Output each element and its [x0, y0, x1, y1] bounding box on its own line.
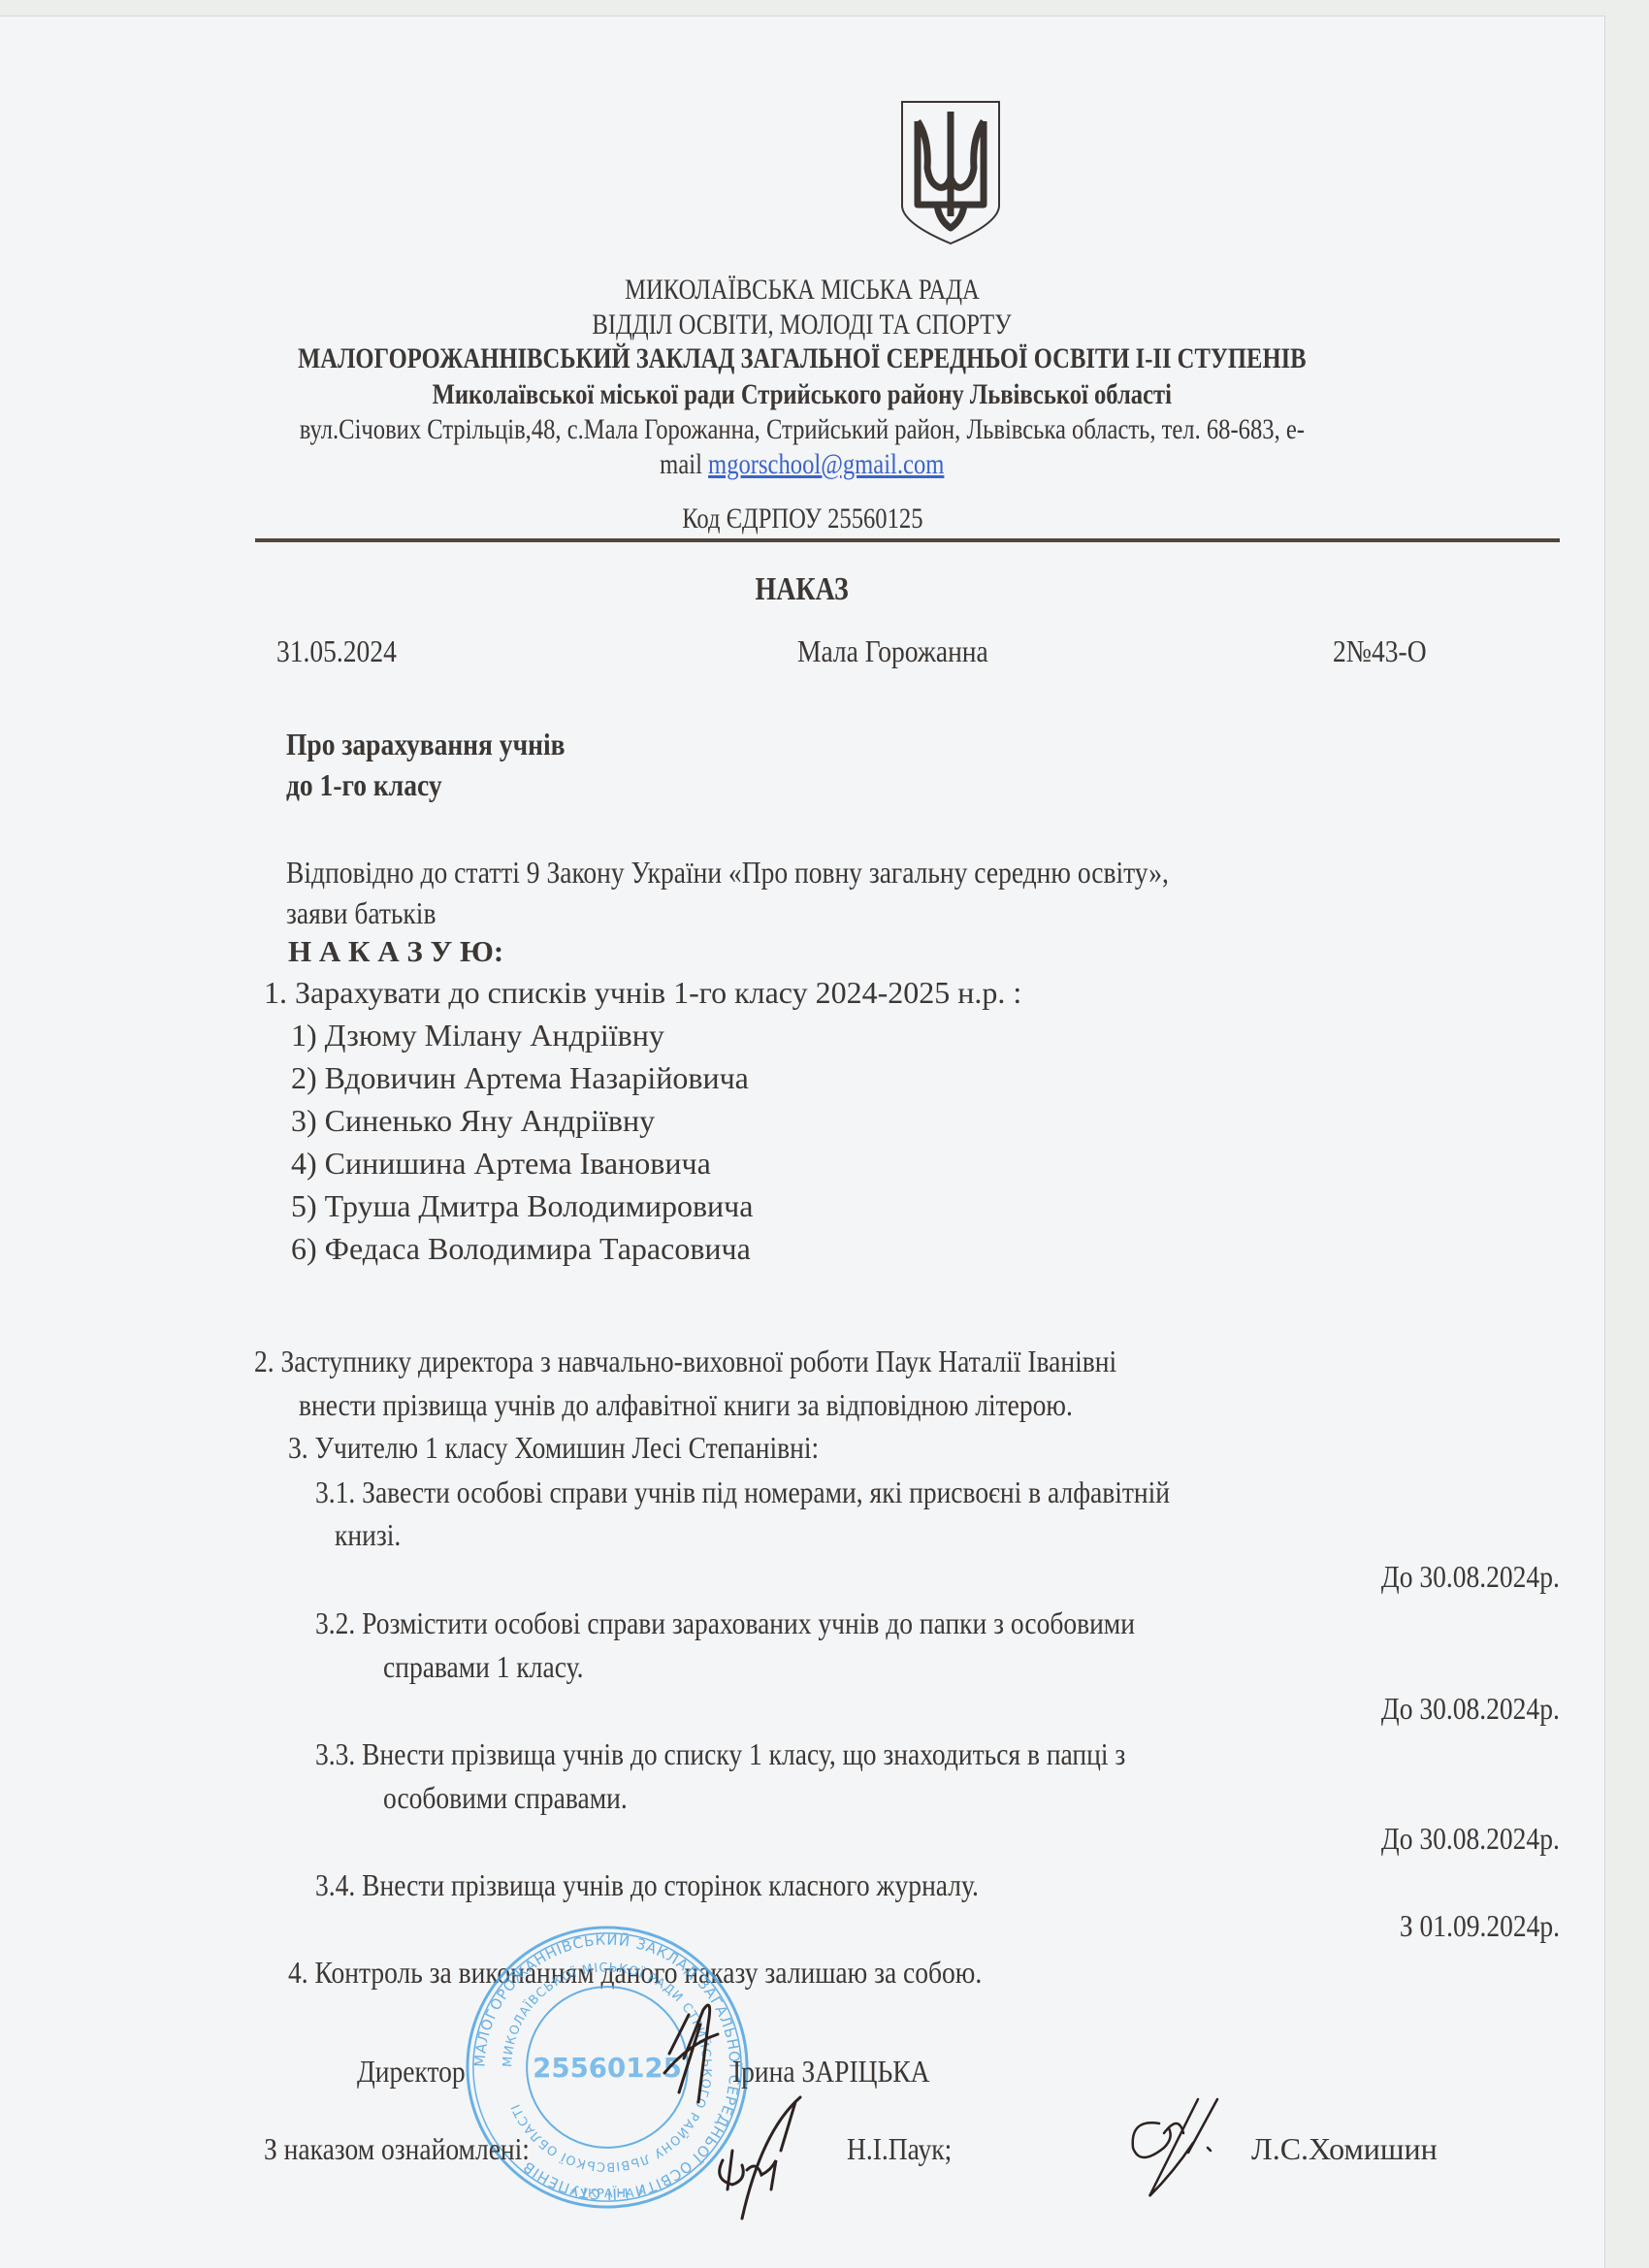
order-word: Н А К А З У Ю:	[288, 932, 503, 971]
student-list-item: 1) Дзюму Мілану Андріївну	[291, 1016, 664, 1054]
acknowledged-label: З наказом ознайомлені:	[264, 2129, 573, 2168]
header-address: вул.Січових Стрільців,48, с.Мала Горожан…	[0, 412, 1604, 447]
email-link[interactable]: mgorschool@gmail.com	[708, 448, 944, 480]
paulk-signature-icon	[703, 2092, 810, 2228]
item3-2-deadline: До 30.08.2024р.	[1352, 1691, 1560, 1727]
header-line-city-council: МИКОЛАЇВСЬКА МІСЬКА РАДА	[0, 273, 1604, 308]
student-list-item: 3) Синенько Яну Андріївну	[291, 1101, 655, 1140]
header-line-school-name: МАЛОГОРОЖАННІВСЬКИЙ ЗАКЛАД ЗАГАЛЬНОЇ СЕР…	[0, 341, 1604, 376]
preamble-line2: заяви батьків	[286, 893, 461, 932]
document-page: МИКОЛАЇВСЬКА МІСЬКА РАДА ВІДДІЛ ОСВІТИ, …	[0, 16, 1605, 2268]
item3-2-line1: 3.2. Розмістити особові справи зарахован…	[315, 1604, 1269, 1642]
header-divider	[255, 538, 1560, 542]
director-label: Директор	[357, 2052, 483, 2090]
item3-text: 3. Учителю 1 класу Хомишин Лесі Степанів…	[288, 1428, 905, 1467]
student-list-item: 6) Федаса Володимира Тарасовича	[291, 1229, 751, 1268]
svg-text:* УКРАЇНА *: * УКРАЇНА *	[570, 2186, 645, 2201]
document-subject-line2: до 1-го класу	[286, 765, 468, 804]
item3-2-line2: справами 1 класу.	[383, 1647, 616, 1686]
item3-3-line2: особовими справами.	[383, 1778, 667, 1817]
item3-1-line1: 3.1. Завести особові справи учнів під но…	[315, 1473, 1309, 1511]
item3-4-deadline: З 01.09.2024р.	[1374, 1908, 1560, 1944]
document-title: НАКАЗ	[0, 571, 1604, 608]
acknowledged-person2: Л.С.Хомишин	[1251, 2129, 1438, 2168]
header-edrpou-code: Код ЄДРПОУ 25560125	[0, 502, 1604, 536]
acknowledged-person1: Н.І.Паук;	[847, 2129, 969, 2168]
item3-3-deadline: До 30.08.2024р.	[1352, 1821, 1560, 1857]
document-place: Мала Горожанна	[797, 632, 1019, 670]
header-line-department: ВІДДІЛ ОСВІТИ, МОЛОДІ ТА СПОРТУ	[0, 308, 1604, 342]
item3-1-deadline: До 30.08.2024р.	[1352, 1559, 1560, 1595]
item1-text: 1. Зарахувати до списків учнів 1-го клас…	[264, 973, 1021, 1012]
item3-4-line1: 3.4. Внести прізвища учнів до сторінок к…	[315, 1865, 1086, 1904]
document-subject-line1: Про зарахування учнів	[286, 725, 610, 763]
header-email-line: mail mgorschool@gmail.com	[0, 447, 1604, 482]
student-list-item: 2) Вдовичин Артема Назарійовича	[291, 1058, 749, 1097]
director-name: Ірина ЗАРІЦЬКА	[732, 2052, 962, 2090]
item2-line1: 2. Заступнику директора з навчально-вихо…	[254, 1342, 1257, 1380]
item3-1-line2: книзі.	[335, 1515, 411, 1554]
student-list-item: 4) Синишина Артема Івановича	[291, 1144, 711, 1183]
header-line-school-affiliation: Миколаївської міської ради Стрийського р…	[0, 377, 1604, 412]
coat-of-arms-icon	[900, 100, 1001, 245]
khomyshyn-signature-icon	[1125, 2094, 1222, 2201]
preamble-line1: Відповідно до статті 9 Закону України «П…	[286, 853, 1312, 891]
item3-3-line1: 3.3. Внести прізвища учнів до списку 1 к…	[315, 1734, 1257, 1773]
document-number: 2№43-О	[1333, 632, 1441, 670]
item2-line2: внести прізвища учнів до алфавітної книг…	[299, 1385, 1199, 1424]
student-list-item: 5) Труша Дмитра Володимировича	[291, 1186, 753, 1225]
document-date: 31.05.2024	[276, 632, 416, 670]
